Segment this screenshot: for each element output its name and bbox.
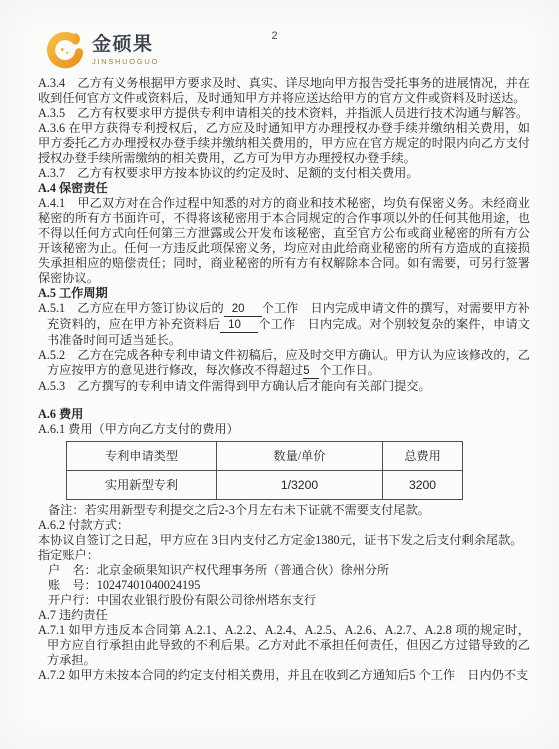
clause-a53: A.5.3 乙方撰写的专利申请文件需得到甲方确认后才能向有关部门提交。	[38, 379, 530, 394]
clause-a71: A.7.1 如甲方违反本合同第 A.2.1、A.2.2、A.2.4、A.2.5、…	[38, 623, 530, 668]
clause-a34: A.3.4 乙方有义务根据甲方要求及时、真实、详尽地向甲方报告受托事务的进展情况…	[38, 76, 530, 106]
jinshuoguo-logo: 金硕果 JINSHUOGUO	[45, 30, 159, 70]
fee-table-cell-qty-price: 1/3200	[217, 471, 383, 500]
section-heading-a6: A.6 费用	[38, 407, 530, 422]
fee-table-header-row: 专利申请类型 数量/单价 总费用	[67, 442, 463, 471]
logo-company-name: 金硕果	[92, 35, 159, 55]
account-bank: 开户行：中国农业银行股份有限公司徐州塔东支行	[38, 593, 530, 608]
clause-a35: A.3.5 乙方有权要求甲方提供专利申请相关的技术资料，并指派人员进行技术沟通与…	[38, 106, 530, 121]
section-heading-a5: A.5 工作周期	[38, 286, 530, 301]
golden-fruit-logo-icon	[45, 30, 85, 70]
account-number: 账 号：10247401040024195	[38, 578, 530, 593]
section-heading-a7: A.7 违约责任	[38, 608, 530, 623]
clause-a61-heading: A.6.1 费用（甲方向乙方支付的费用）	[38, 422, 530, 437]
document-page: 2 金硕果 JINSHUOGUO A.3.4 乙方有义务根据甲方要求及时、真实、…	[0, 0, 559, 749]
contract-body: A.3.4 乙方有义务根据甲方要求及时、真实、详尽地向甲方报告受托事务的进展情况…	[38, 76, 530, 683]
logo-company-name-pinyin: JINSHUOGUO	[92, 57, 159, 66]
clause-a72: A.7.2 如甲方未按本合同的约定支付相关费用，并且在收到乙方通知后5 个工作 …	[38, 668, 530, 683]
blank-working-days-10: 10	[220, 319, 258, 333]
clause-a41: A.4.1 甲乙双方对在合作过程中知悉的对方的商业和技术秘密，均负有保密义务。未…	[38, 196, 530, 286]
clause-a52-text: 个工作日。	[319, 363, 380, 377]
fee-table-data-row: 实用新型专利 1/3200 3200	[67, 471, 463, 500]
fee-table: 专利申请类型 数量/单价 总费用 实用新型专利 1/3200 3200	[66, 441, 463, 500]
fee-table-cell-total: 3200	[383, 471, 463, 500]
section-heading-a4: A.4 保密责任	[38, 181, 530, 196]
blank-working-days-20: 20	[224, 303, 262, 317]
clause-a51-text: A.5.1 乙方应在甲方签订协议后的	[38, 301, 224, 315]
fee-table-header-qty-price: 数量/单价	[217, 442, 383, 471]
fee-table-header-type: 专利申请类型	[67, 442, 217, 471]
clause-a52-text: A.5.2 乙方在完成各种专利申请文件初稿后，应及时交甲方确认。甲方认为应该修改…	[38, 348, 530, 377]
fee-table-cell-type: 实用新型专利	[67, 471, 217, 500]
account-holder-name: 户 名：北京金硕果知识产权代理事务所（普通合伙）徐州分所	[38, 563, 530, 578]
clause-a36: A.3.6 在甲方获得专利授权后，乙方应及时通知甲方办理授权办登手续并缴纳相关费…	[38, 121, 530, 166]
clause-a52: A.5.2 乙方在完成各种专利申请文件初稿后，应及时交甲方确认。甲方认为应该修改…	[38, 348, 530, 379]
blank-working-days-5: 5	[303, 365, 319, 379]
clause-a62-body: 本协议自签订之日起，甲方应在 3日内支付乙方定金1380元，证书下发之后支付剩余…	[38, 533, 530, 548]
logo-text: 金硕果 JINSHUOGUO	[92, 35, 159, 66]
fee-table-remark: 备注：若实用新型专利提交之后2-3个月左右未下证就不需要支付尾款。	[38, 503, 530, 518]
designated-account-title: 指定账户：	[38, 548, 530, 563]
fee-table-header-total: 总费用	[383, 442, 463, 471]
clause-a51: A.5.1 乙方应在甲方签订协议后的20个工作 日内完成申请文件的撰写，对需要甲…	[38, 301, 530, 348]
clause-a37: A.3.7 乙方有权要求甲方按本协议的约定及时、足额的支付相关费用。	[38, 166, 530, 181]
clause-a62-heading: A.6.2 付款方式：	[38, 518, 530, 533]
